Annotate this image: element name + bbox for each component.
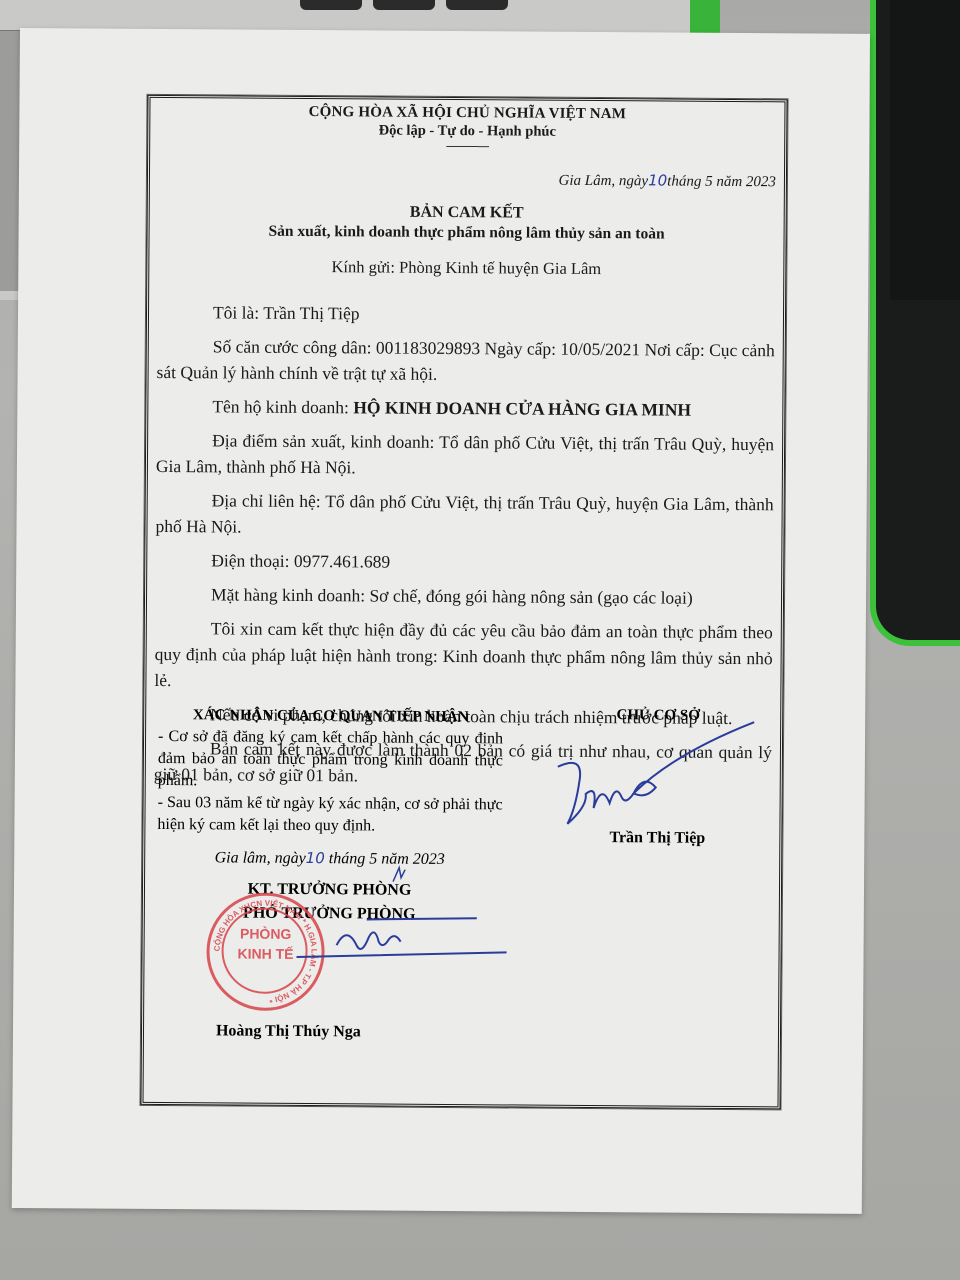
- name-line: Tôi là: Trần Thị Tiệp: [157, 299, 775, 329]
- document-subtitle: Sản xuất, kinh doanh thực phẩm nông lâm …: [158, 221, 776, 245]
- confirmation-date: Gia lâm, ngày10 tháng 5 năm 2023: [157, 846, 502, 871]
- official-signer-name: Hoàng Thị Thúy Nga: [216, 1022, 361, 1041]
- keyboard-key: [300, 0, 362, 10]
- business-label: Tên hộ kinh doanh:: [212, 396, 353, 417]
- confirmation-date-suffix: tháng 5 năm 2023: [329, 850, 445, 868]
- handwritten-day: 10: [306, 849, 325, 867]
- phone-line: Điện thoại: 0977.461.689: [155, 547, 773, 577]
- handwritten-day: 10: [648, 171, 667, 189]
- business-line: Tên hộ kinh doanh: HỘ KINH DOANH CỬA HÀN…: [156, 393, 774, 423]
- location-line: Địa điểm sản xuất, kinh doanh: Tổ dân ph…: [156, 427, 774, 483]
- signature-section: XÁC NHẬN CỦA CƠ QUAN TIẾP NHẬN - Cơ sở đ…: [156, 704, 771, 1088]
- commit-line: Tôi xin cam kết thực hiện đầy đủ các yêu…: [154, 615, 773, 697]
- goods-line: Mặt hàng kinh doanh: Sơ chế, đóng gói hà…: [155, 581, 773, 611]
- id-line: Số căn cước công dân: 001183029893 Ngày …: [157, 333, 775, 389]
- confirmation-block: XÁC NHẬN CỦA CƠ QUAN TIẾP NHẬN - Cơ sở đ…: [157, 704, 504, 927]
- document-border: CỘNG HÒA XÃ HỘI CHỦ NGHĨA VIỆT NAM Độc l…: [140, 95, 787, 1109]
- initial-mark: [389, 866, 409, 886]
- owner-block: CHỦ CƠ SỞ Trần Thị Tiệp: [558, 707, 758, 725]
- contact-line: Địa chỉ liên hệ: Tổ dân phố Cửu Việt, th…: [155, 487, 773, 543]
- role-line-1: KT. TRƯỞNG PHÒNG: [157, 877, 502, 903]
- keyboard-key: [373, 0, 435, 10]
- confirmation-item-2: - Sau 03 năm kể từ ngày ký xác nhận, cơ …: [157, 792, 502, 838]
- confirmation-item-1: - Cơ sở đã đăng ký cam kết chấp hành các…: [158, 726, 503, 794]
- document-content: CỘNG HÒA XÃ HỘI CHỦ NGHĨA VIỆT NAM Độc l…: [154, 102, 777, 791]
- laptop-edge: [0, 30, 20, 291]
- recipient: Kính gửi: Phòng Kinh tế huyện Gia Lâm: [157, 253, 775, 283]
- paper-sheet: CỘNG HÒA XÃ HỘI CHỦ NGHĨA VIỆT NAM Độc l…: [12, 28, 870, 1214]
- dark-object: [890, 0, 960, 300]
- owner-signature: [547, 707, 778, 829]
- owner-name: Trần Thị Tiệp: [557, 829, 757, 848]
- date-suffix: tháng 5 năm 2023: [667, 174, 776, 191]
- date-line: Gia Lâm, ngày10tháng 5 năm 2023: [158, 164, 776, 195]
- date-prefix: Gia Lâm, ngày: [558, 173, 648, 190]
- keyboard-key: [446, 0, 508, 10]
- confirmation-heading: XÁC NHẬN CỦA CƠ QUAN TIẾP NHẬN: [158, 704, 503, 728]
- official-signature: [276, 905, 517, 987]
- business-name: HỘ KINH DOANH CỬA HÀNG GIA MINH: [353, 397, 691, 419]
- confirmation-date-prefix: Gia lâm, ngày: [215, 849, 306, 867]
